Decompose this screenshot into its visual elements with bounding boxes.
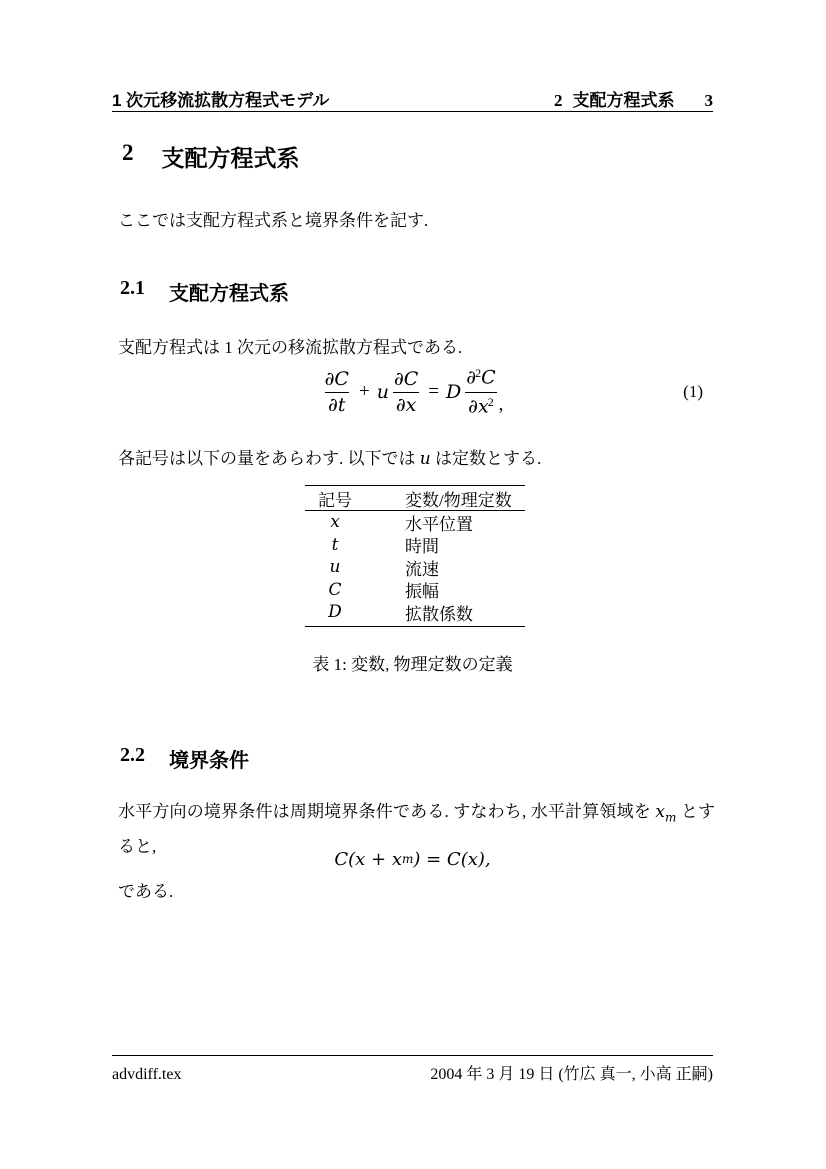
table-header-meaning: 変数/物理定数: [405, 486, 512, 511]
diffusion-coefficient: D: [446, 381, 461, 403]
boundary-text-before: 水平方向の境界条件は周期境界条件である. すなわち, 水平計算領域を: [118, 802, 655, 821]
running-header: 1 次元移流拡散方程式モデル 2 支配方程式系 3: [112, 86, 713, 111]
equation-periodic: C(x + xm) = C(x),: [112, 846, 713, 872]
squared-superscript: 2: [475, 366, 481, 380]
header-doc-title: 1 次元移流拡散方程式モデル: [112, 86, 329, 111]
variables-table: 記号 変数/物理定数 x 水平位置 t 時間 u 流速 C 振幅 D 拡散係数: [305, 485, 525, 627]
intro-paragraph: ここでは支配方程式系と境界条件を記す.: [118, 206, 715, 236]
footer: advdiff.tex 2004 年 3 月 19 日 (竹広 真一, 小高 正…: [112, 1061, 713, 1084]
subsection-21-number: 2.1: [120, 277, 145, 306]
subsection-21-heading: 2.1 支配方程式系: [120, 277, 289, 306]
table-meaning: 水平位置: [405, 510, 473, 535]
table-meaning: 流速: [405, 555, 439, 580]
section-heading: 2 支配方程式系: [122, 140, 300, 173]
subsection-22-heading: 2.2 境界条件: [120, 744, 249, 773]
header-rule: [112, 111, 713, 112]
table-meaning: 時間: [405, 532, 439, 557]
governing-paragraph: 支配方程式は 1 次元の移流拡散方程式である.: [118, 333, 715, 363]
subsection-21-title: 支配方程式系: [169, 277, 289, 306]
symbols-text-before: 各記号は以下の量をあらわす. 以下では: [118, 449, 420, 468]
section-title: 支配方程式系: [162, 140, 300, 173]
plus-operator: +: [359, 381, 370, 403]
table-header-row: 記号 変数/物理定数: [305, 486, 525, 511]
frac-dC-dt: ∂C ∂t: [322, 369, 352, 416]
equation-1: ∂C ∂t + u ∂C ∂x = D ∂2C ∂x2 , (1): [112, 362, 713, 422]
table-symbol: x: [305, 512, 365, 532]
table-row: x 水平位置: [305, 511, 525, 534]
eq2-rhs: ) = C(x),: [413, 849, 490, 870]
frac3-denominator: ∂x2: [465, 392, 497, 418]
subsection-22-number: 2.2: [120, 744, 145, 773]
header-section-name: 支配方程式系: [573, 86, 675, 111]
table-symbol: C: [305, 580, 365, 600]
closing-paragraph: である.: [118, 877, 715, 907]
table-row: D 拡散係数: [305, 601, 525, 624]
frac2-denominator: ∂x: [393, 392, 420, 416]
domain-inline-symbol: x: [655, 802, 665, 822]
eq2-lhs: C(x + x: [334, 849, 402, 870]
frac-d2C-dx2: ∂2C ∂x2: [463, 366, 498, 417]
velocity-coefficient: u: [377, 381, 389, 403]
equation-comma: ,: [499, 394, 504, 416]
frac2-numerator: ∂C: [391, 369, 421, 392]
table-row: u 流速: [305, 556, 525, 579]
frac1-numerator: ∂C: [322, 369, 352, 392]
section-number: 2: [122, 140, 134, 173]
frac1-denominator: ∂t: [325, 392, 348, 416]
subsection-22-title: 境界条件: [169, 744, 249, 773]
header-section-number: 2: [554, 91, 563, 111]
table-meaning: 拡散係数: [405, 600, 473, 625]
frac-dC-dx: ∂C ∂x: [391, 369, 421, 416]
table-header-symbol: 記号: [305, 486, 365, 511]
velocity-inline-symbol: u: [420, 449, 431, 469]
footer-rule: [112, 1055, 713, 1056]
table-symbol: t: [305, 535, 365, 555]
symbols-paragraph: 各記号は以下の量をあらわす. 以下では u は定数とする.: [118, 444, 715, 474]
footer-date-authors: 2004 年 3 月 19 日 (竹広 真一, 小高 正嗣): [430, 1061, 713, 1084]
table-caption: 表 1: 変数, 物理定数の定義: [112, 650, 713, 675]
table-symbol: u: [305, 557, 365, 577]
footer-filename: advdiff.tex: [112, 1066, 181, 1084]
table-meaning: 振幅: [405, 577, 439, 602]
amplitude-symbol: C: [481, 367, 496, 389]
equation-1-label: (1): [683, 382, 703, 402]
eq2-subscript: m: [402, 852, 413, 866]
symbols-text-after: は定数とする.: [431, 449, 542, 468]
table-symbol: D: [305, 602, 365, 622]
table-row: C 振幅: [305, 579, 525, 602]
domain-subscript: m: [665, 810, 676, 824]
header-page-number: 3: [705, 91, 714, 111]
dx-symbol: ∂x: [468, 395, 489, 417]
table-row: t 時間: [305, 534, 525, 557]
equals-operator: =: [428, 381, 439, 403]
squared-superscript: 2: [488, 395, 494, 409]
document-page: 1 次元移流拡散方程式モデル 2 支配方程式系 3 2 支配方程式系 ここでは支…: [0, 0, 826, 1169]
frac3-numerator: ∂2C: [463, 366, 498, 391]
